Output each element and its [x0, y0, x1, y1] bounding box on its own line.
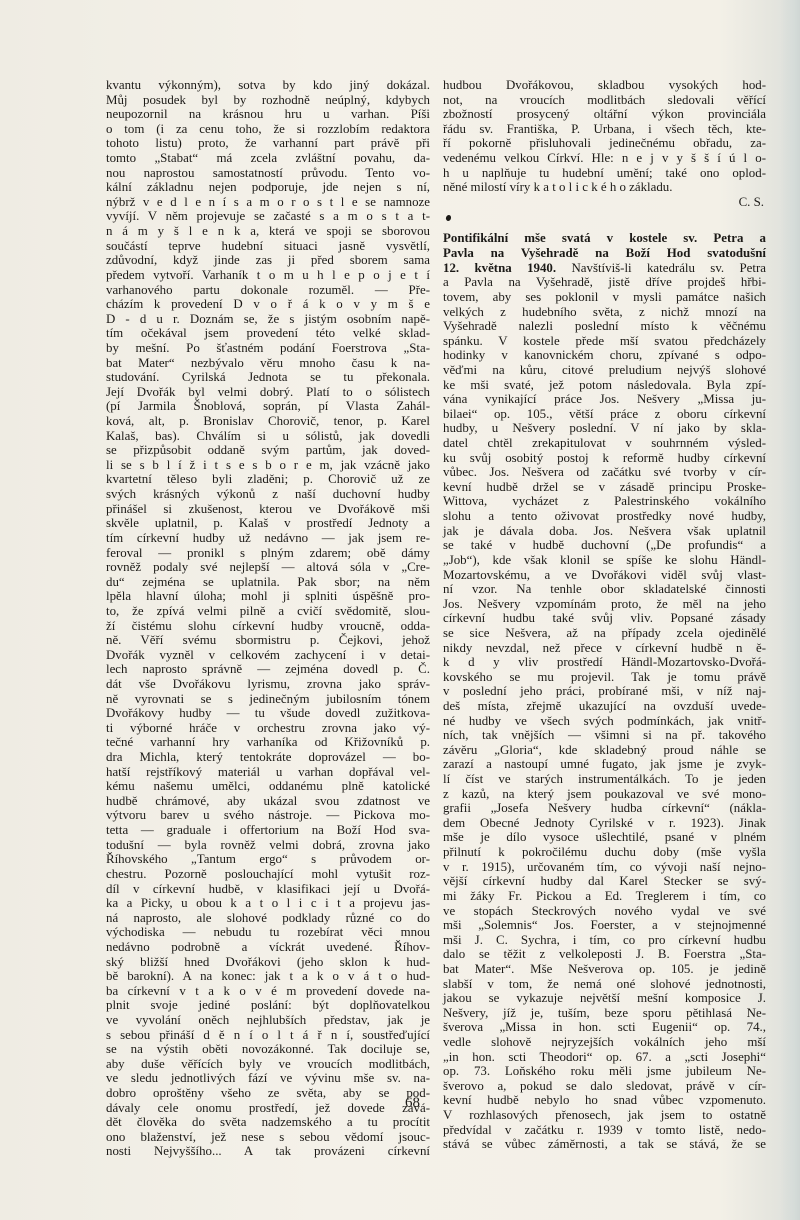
text-line: tím očekával jsem provedení této velké s…: [106, 326, 430, 341]
text-line: D - d u r. Doznám se, že s jistým osobní…: [106, 312, 430, 327]
article-pontifical-mass: Pontifikální mše svatá v kostele sv. Pet…: [443, 231, 766, 1151]
text-line: v r. 1915), určovaném tím, co vývoji naš…: [443, 860, 766, 875]
text-line: nedávno podrobně a víckrát uvedené. Řího…: [106, 940, 430, 955]
text-line: a Pavla na Vyšehradě, jistě dříve projde…: [443, 275, 766, 290]
text-line: by mešní. Po šťastném podání Foerstrova …: [106, 341, 430, 356]
text-line: Její Dvořák byl velmi dobrý. Platí to o …: [106, 385, 430, 400]
text-line: ní vzor. Na tenhle obor skladatelské čin…: [443, 582, 766, 597]
text-line: né hudby ve všech svých podmínkách, jak …: [443, 714, 766, 729]
text-line: zbožností prosycený oltářní výkon provin…: [443, 107, 766, 122]
text-line: todušní — byla rovněž velmi dobrá, zrovn…: [106, 838, 430, 853]
text-line: vější církevní hudby dal Karel Stecker s…: [443, 874, 766, 889]
text-line: ve sledu jednotlivých fází ve vývinu mše…: [106, 1071, 430, 1086]
text-line: nikdy nevzdal, než přece v církevní hudb…: [443, 641, 766, 656]
text-line: o tom (i za cenu toho, že si rozzlobím r…: [106, 122, 430, 137]
text-line: se na výstih oběti novozákonné. Tak doci…: [106, 1042, 430, 1057]
text-line: skvěle uplatnil, p. Kalaš v prostředí Je…: [106, 516, 430, 531]
text-line: rovněž podaly své nejlepší — altová sóla…: [106, 560, 430, 575]
text-line: ský bližší hned Dvořákovi (jeho sklon k …: [106, 955, 430, 970]
text-line: ve vyvolání oněch nejhlubších představ, …: [106, 1013, 430, 1028]
text-line: šverovo a, pokud se dalo sledovat, právě…: [443, 1079, 766, 1094]
text-line: V rozhlasových přenosech, jak jsem to os…: [443, 1108, 766, 1123]
text-line: stává se vůbec záměrnosti, a tak se stáv…: [443, 1137, 766, 1152]
text-line: ně vyrovnati se s jedinečným jubilosním …: [106, 692, 430, 707]
text-line: plnit svoje jediné poslání: být doplňova…: [106, 998, 430, 1013]
text-line: „Job“), kde však klonil se spíše ke sloh…: [443, 553, 766, 568]
text-line: mše je dílo vysoce ušlechtilé, psané v p…: [443, 830, 766, 845]
text-line: vedenému velkou Církví. Hle: n e j v y š…: [443, 151, 766, 166]
text-line: svých krásných výkonů z naší duchovní hu…: [106, 487, 430, 502]
text-line: díl v církevní hudbě, v klasifikaci její…: [106, 882, 430, 897]
text-line: slabší v tom, že nemá oné slohové jednot…: [443, 977, 766, 992]
text-line: ve stopách Steckrových nového vydal ve s…: [443, 904, 766, 919]
text-line: hatší rejstříkový materiál u varhan dopř…: [106, 765, 430, 780]
text-line: du“ zejména se uplatnila. Pak sbor; na n…: [106, 575, 430, 590]
text-line: nýbrž v e d l e n í s a m o r o s t l e …: [106, 195, 430, 210]
text-line: aby duše věřících byly ve vroucích modli…: [106, 1057, 430, 1072]
page-edge-shadow: [780, 0, 800, 1220]
text-line: Říhovského „Tantum ergo“ s průvodem or-: [106, 852, 430, 867]
text-line: v poslední jeho práci, probírané mši, v …: [443, 684, 766, 699]
text-line: dalo se těžit z velkoleposti J. B. Foers…: [443, 947, 766, 962]
text-line: řádu sv. Františka, P. Urbana, i všech t…: [443, 122, 766, 137]
text-line: ku svůj osobitý postoj k reformě hudby c…: [443, 451, 766, 466]
text-line: kvantu výkonným), sotva by kdo jiný doká…: [106, 78, 430, 93]
text-line: kému našemu umělci, oddanému plně katoli…: [106, 779, 430, 794]
text-line: ka a Picky, u obou k a t o l i c i t a p…: [106, 896, 430, 911]
text-line: hudbou Dvořákovou, skladbou vysokých hod…: [443, 78, 766, 93]
text-line: op. 73. Loňského roku měli jsme jubileum…: [443, 1064, 766, 1079]
text-line: k d y vliv prostředí Händl-Mozartovsko-D…: [443, 655, 766, 670]
text-line: Kalaš, bas). Chválím si u sólistů, jak d…: [106, 429, 430, 444]
text-line: Dvořákovy hudby — tu všude dovedl zužitk…: [106, 706, 430, 721]
article-heading-date: 12. května 1940.: [443, 261, 556, 275]
text-line: přinášel si zkušenost, kterou ve Dvořáko…: [106, 502, 430, 517]
text-line: chestru. Pozorně poslouchající mohl vytu…: [106, 867, 430, 882]
text-line: bat Mater“. Mše Nešverova op. 105. je je…: [443, 962, 766, 977]
text-line: kvartetní těleso byli zladěni; p. Chorov…: [106, 472, 430, 487]
text-line: ně. Věří svému sbormistru p. Čejkovi, je…: [106, 633, 430, 648]
text-line: mi žáky Fr. Pickou a Ed. Treglerem i tím…: [443, 889, 766, 904]
text-line: nou naprostou samostatností průvodu. Ten…: [106, 166, 430, 181]
text-line: z kazů, na který jsem poukazoval ve své …: [443, 787, 766, 802]
text-line: dát vše Dvořákovu lyrismu, zrovna jako s…: [106, 677, 430, 692]
text-line: Mozartovskému, a ve Dvořákovi viděl svůj…: [443, 568, 766, 583]
text-line: ba církevní v t a k o v é m provedení do…: [106, 984, 430, 999]
text-line: něné milostí víry k a t o l i c k é h o …: [443, 180, 766, 195]
text-line: hodinky v kanovnickém choru, zpívané s o…: [443, 348, 766, 363]
text-line: Wittova, vycházet z Palestrinského vokál…: [443, 494, 766, 509]
text-line: cházím k provedení D v o ř á k o v y m š…: [106, 297, 430, 312]
text-line: zarazí a nastoupí umné fugato, jak jsme …: [443, 757, 766, 772]
text-line: Jos. Nešvery vzpomínám proto, že měl na …: [443, 597, 766, 612]
text-line: ží čistému slohu církevní hudby vroucně,…: [106, 619, 430, 634]
text-line: s sebou přináší d ě n í o l t á ř n í, s…: [106, 1028, 430, 1043]
text-line: Vyšehradě nalezli poslední místo k věčné…: [443, 319, 766, 334]
text-line: lech naprosto správně — zejména dovedl p…: [106, 662, 430, 677]
left-column: kvantu výkonným), sotva by kdo jiný doká…: [106, 78, 430, 1159]
text-line: závěru „Gloria“, kde skladebný proud náh…: [443, 743, 766, 758]
scanned-page: kvantu výkonným), sotva by kdo jiný doká…: [0, 0, 800, 1220]
text-line: neupozornil na krásnou hru u varhan. Píš…: [106, 107, 430, 122]
text-line: předvídal v začátku r. 1939 v tomto list…: [443, 1123, 766, 1138]
text-line: součástí teprve hudební situaci jasně vy…: [106, 239, 430, 254]
text-line: se sice Nešvera, až na případy zcela oje…: [443, 626, 766, 641]
text-line: feroval — pronikl s plným zdarem; obě dá…: [106, 546, 430, 561]
text-line: Dvořák vyzněl v celkovém zachycení i v d…: [106, 648, 430, 663]
text-line: lpěla hlavní úloha; mohl ji splniti úspě…: [106, 589, 430, 604]
text-line: mši „Solemnis“ Jos. Foerster, a v stejno…: [443, 918, 766, 933]
text-line: ří pokorně přisluhovali jedinečnému obřa…: [443, 136, 766, 151]
text-line: kevní hudbě držel se v zásadě principu P…: [443, 480, 766, 495]
article-body: a Pavla na Vyšehradě, jistě dříve projde…: [443, 275, 766, 1152]
text-line: not, na vroucích modlitbách sledovali vě…: [443, 93, 766, 108]
author-signature: C. S.: [443, 195, 766, 210]
right-column: hudbou Dvořákovou, skladbou vysokých hod…: [443, 78, 766, 1152]
text-line: výtvoru barev u svého nástroje. — Pickov…: [106, 808, 430, 823]
article-continuation: hudbou Dvořákovou, skladbou vysokých hod…: [443, 78, 766, 195]
text-line: vedle slohově nejryzejších vokálních jeh…: [443, 1035, 766, 1050]
text-line: tetta — graduale i offertorium na Boží H…: [106, 823, 430, 838]
text-line: (pí Jarmila Šnoblová, soprán, pí Vlasta …: [106, 399, 430, 414]
text-line: dět člověka do světa nadzemského a tu pr…: [106, 1115, 430, 1130]
text-line: tomto „Stabat“ má zcela zvláštní povahu,…: [106, 151, 430, 166]
text-line: dra Michla, který tentokráte doprovázel …: [106, 750, 430, 765]
text-line: tohoto listu) proto, že varhanní part pr…: [106, 136, 430, 151]
text-line: hudbě chrámové, aby ukázal svou zdatnost…: [106, 794, 430, 809]
article-first-line-rest: Navštíviš-li katedrálu sv. Petra: [571, 261, 766, 275]
text-line: kovského se mu projevil. Tak je tomu prá…: [443, 670, 766, 685]
text-line: hudby, u Nešvery poslední. V ní jako by …: [443, 421, 766, 436]
text-line: šverova „Missa in hon. scti Eugenii“ op.…: [443, 1020, 766, 1035]
text-line: přilnutí k pokročilému duchu doby (mše v…: [443, 845, 766, 860]
text-line: vána vynikající práce Jos. Nešvery „Miss…: [443, 392, 766, 407]
text-line: se také v hudbě duchovní („De profundis“…: [443, 538, 766, 553]
text-line: studování. Cyrilská Jednota se tu překon…: [106, 370, 430, 385]
text-line: li se s b l í ž i t s e s b o r e m, jak…: [106, 458, 430, 473]
text-line: věďmi na kůru, citové preludium nejvýš s…: [443, 363, 766, 378]
text-line: Můj posudek byl by rozhodně neúplný, kdy…: [106, 93, 430, 108]
article-heading-line: Pavla na Vyšehradě na Boží Hod svatodušn…: [443, 246, 766, 261]
text-line: to, že zpívá velmi pilně a cvičí svědomi…: [106, 604, 430, 619]
text-line: ono blaženství, jež nese s sebou vědomí …: [106, 1130, 430, 1145]
text-line: varhanového partu dokonale rozuměl. — Př…: [106, 283, 430, 298]
text-line: grafii „Josefa Nešvery hudba církevní“ (…: [443, 801, 766, 816]
text-line: deš místa, zřejmě ukazující na ovzduší u…: [443, 699, 766, 714]
text-line: tečné varhanní hry varhaníka od Křižovní…: [106, 735, 430, 750]
text-line: lí číst ve starých instrumentálkách. To …: [443, 772, 766, 787]
text-line: předem vytvoří. Varhaník t o m u h l e p…: [106, 268, 430, 283]
text-line: bilaei“ op. 105., větší práce z oboru cí…: [443, 407, 766, 422]
text-line: církevní hudbu také svůj vliv. Popsané z…: [443, 611, 766, 626]
page-number: 68: [405, 1095, 420, 1112]
article-heading-date-line: 12. května 1940. Navštíviš-li katedrálu …: [443, 261, 766, 276]
text-line: dem Obecné Jednoty Cyrilské v r. 1923). …: [443, 816, 766, 831]
text-line: bat Mater“ nezbývalo věru mnoho času k n…: [106, 356, 430, 371]
text-line: h u naplňuje tu hudební umění; také ono …: [443, 166, 766, 181]
text-line: ke mši svaté, jež potom následovala. Byl…: [443, 378, 766, 393]
text-line: východiska — nebudu tu rozebírat věci mn…: [106, 925, 430, 940]
article-heading-line: Pontifikální mše svatá v kostele sv. Pet…: [443, 231, 766, 246]
text-line: tovem, aby ses poklonil v mysli památce …: [443, 290, 766, 305]
text-line: velkých z hudebního světa, z nichž mnozí…: [443, 305, 766, 320]
text-line: spánku. V kostele přede mší svatou předc…: [443, 334, 766, 349]
text-line: mši J. C. Sychra, i tím, co pro církevní…: [443, 933, 766, 948]
text-line: kální základnu nejen podporuje, jde neje…: [106, 180, 430, 195]
text-line: ná naprosto, ale slohové podklady různé …: [106, 911, 430, 926]
text-line: ti výborné hráče v orchestru zrovna jako…: [106, 721, 430, 736]
text-line: kevní hudbě nebylo ho snad vůbec vzpomen…: [443, 1093, 766, 1108]
text-line: slohu a tento oživovat prostředky nové h…: [443, 509, 766, 524]
text-line: Nešvery, jíž je, tuším, beze sporu pětih…: [443, 1006, 766, 1021]
text-line: zdůvodní, když jinde zas ji před sborem …: [106, 253, 430, 268]
text-line: datel chtěl zrekapitulovat v souhrnném v…: [443, 436, 766, 451]
text-line: vyvíjí. V něm projevuje se začasté s a m…: [106, 209, 430, 224]
text-line: n á m y š l e n k a, která ve spoji se s…: [106, 224, 430, 239]
text-line: jak je dávala doba. Jos. Nešvera však up…: [443, 524, 766, 539]
text-line: „in hon. scti Theodori“ op. 67. a „scti …: [443, 1050, 766, 1065]
text-line: se přizpůsobit oddaně svým partům, jak d…: [106, 443, 430, 458]
text-line: nosti Nejvyššího... A tak provázeni círk…: [106, 1144, 430, 1159]
text-line: dobro oproštěny všeho ze světa, aby se p…: [106, 1086, 430, 1101]
text-line: ková, alt, p. Bronislav Chorovič, tenor,…: [106, 414, 430, 429]
text-line: bě barokní). A na konec: jak t a k o v á…: [106, 969, 430, 984]
text-line: jakou se vykazuje největší mešní komposi…: [443, 991, 766, 1006]
text-line: ních, tak vnějších — všimni si na př. ta…: [443, 728, 766, 743]
section-bullet-icon: [443, 209, 766, 231]
text-line: dávaly cele onomu prostředí, jež dovede …: [106, 1101, 430, 1116]
text-line: vůbec. Jos. Nešvera od začátku své tvorb…: [443, 465, 766, 480]
text-line: tím církevní hudby už nedávno — jak jsem…: [106, 531, 430, 546]
